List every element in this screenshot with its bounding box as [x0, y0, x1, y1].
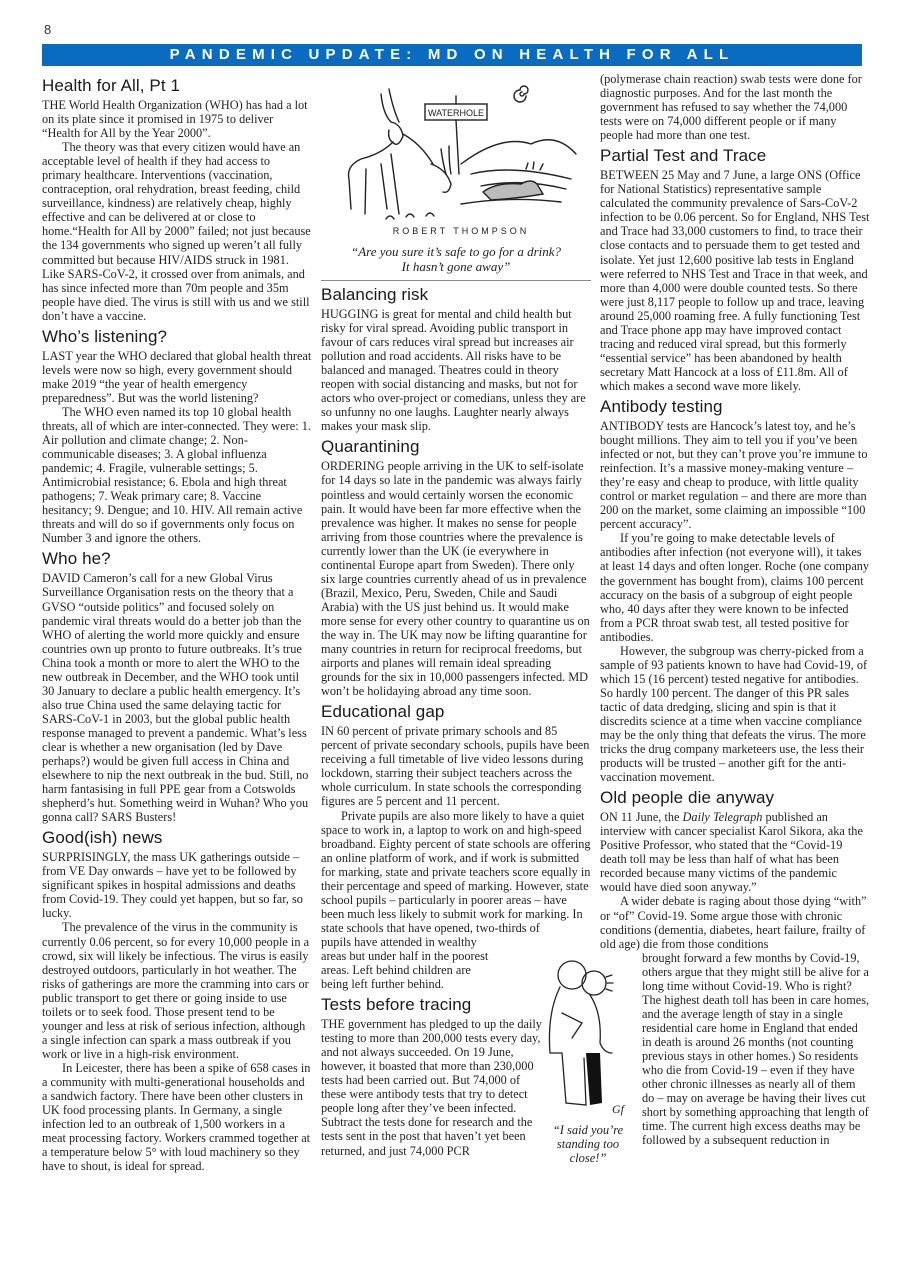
paragraph: pupils have attended in wealthy areas bu… — [321, 935, 501, 991]
paragraph: A wider debate is raging about those dyi… — [600, 894, 870, 950]
article-educational-gap: Educational gap IN 60 percent of private… — [321, 702, 591, 991]
paragraph: The prevalence of the virus in the commu… — [42, 920, 312, 1060]
paragraph: BETWEEN 25 May and 7 June, a large ONS (… — [600, 168, 870, 393]
article-health-for-all: Health for All, Pt 1 THE World Health Or… — [42, 76, 312, 323]
article-quarantining: Quarantining ORDERING people arriving in… — [321, 437, 591, 698]
paragraph: SURPRISINGLY, the mass UK gatherings out… — [42, 850, 312, 920]
heading: Partial Test and Trace — [600, 146, 870, 166]
paragraph: However, the subgroup was cherry-picked … — [600, 644, 870, 784]
heading: Good(ish) news — [42, 828, 312, 848]
article-antibody-testing: Antibody testing ANTIBODY tests are Hanc… — [600, 397, 870, 784]
heading: Who’s listening? — [42, 327, 312, 347]
paragraph: In Leicester, there has been a spike of … — [42, 1061, 312, 1173]
divider — [321, 280, 591, 281]
paragraph: Private pupils are also more likely to h… — [321, 809, 591, 935]
article-partial-test-and-trace: Partial Test and Trace BETWEEN 25 May an… — [600, 146, 870, 393]
cartoon-caption-line2: It hasn’t gone away” — [321, 259, 591, 274]
cartoon2-caption: “I said you’re standing too close!” — [538, 1123, 638, 1165]
svg-text:ROBERT THOMPSON: ROBERT THOMPSON — [393, 226, 530, 236]
publication-name: Daily Telegraph — [683, 810, 763, 824]
paragraph: The theory was that every citizen would … — [42, 140, 312, 323]
paragraph: ORDERING people arriving in the UK to se… — [321, 459, 591, 698]
cartoon-standing-too-close: Gf — [542, 953, 638, 1128]
heading: Who he? — [42, 549, 312, 569]
paragraph: ON 11 June, the Daily Telegraph publishe… — [600, 810, 870, 894]
page-number: 8 — [44, 22, 51, 37]
heading: Educational gap — [321, 702, 591, 722]
article-goodish-news: Good(ish) news SURPRISINGLY, the mass UK… — [42, 828, 312, 1173]
heading: Quarantining — [321, 437, 591, 457]
paragraph: If you’re going to make detectable level… — [600, 531, 870, 643]
heading: Antibody testing — [600, 397, 870, 417]
paragraph: THE government has pledged to up the dai… — [321, 1017, 546, 1157]
paragraph: LAST year the WHO declared that global h… — [42, 349, 312, 405]
cartoon-caption-line1: “Are you sure it’s safe to go for a drin… — [321, 244, 591, 259]
article-whos-listening: Who’s listening? LAST year the WHO decla… — [42, 327, 312, 546]
paragraph: THE World Health Organization (WHO) has … — [42, 98, 312, 140]
paragraph: brought forward a few months by Covid-19… — [642, 951, 870, 1148]
paragraph: ANTIBODY tests are Hancock’s latest toy,… — [600, 419, 870, 531]
two-men-illustration: Gf — [542, 953, 638, 1123]
paragraph: IN 60 percent of private primary schools… — [321, 724, 591, 808]
article-balancing-risk: Balancing risk HUGGING is great for ment… — [321, 285, 591, 433]
svg-text:Gf: Gf — [612, 1102, 626, 1116]
column-3: (polymerase chain reaction) swab tests w… — [600, 72, 870, 1147]
paragraph-continued: (polymerase chain reaction) swab tests w… — [600, 72, 870, 142]
cartoon-waterhole: WATERHOLE ROBERT THOMPSON “Are you sure … — [321, 72, 591, 274]
heading: Health for All, Pt 1 — [42, 76, 312, 96]
section-banner: PANDEMIC UPDATE: MD ON HEALTH FOR ALL — [42, 44, 862, 66]
column-1: Health for All, Pt 1 THE World Health Or… — [42, 72, 312, 1173]
heading: Old people die anyway — [600, 788, 870, 808]
paragraph: HUGGING is great for mental and child he… — [321, 307, 591, 433]
paragraph: DAVID Cameron’s call for a new Global Vi… — [42, 571, 312, 824]
svg-text:WATERHOLE: WATERHOLE — [428, 108, 484, 118]
paragraph: The WHO even named its top 10 global hea… — [42, 405, 312, 545]
article-old-people-die-anyway: Old people die anyway ON 11 June, the Da… — [600, 788, 870, 1147]
heading: Balancing risk — [321, 285, 591, 305]
article-who-he: Who he? DAVID Cameron’s call for a new G… — [42, 549, 312, 824]
antelope-crocodile-illustration: WATERHOLE ROBERT THOMPSON — [321, 74, 591, 239]
